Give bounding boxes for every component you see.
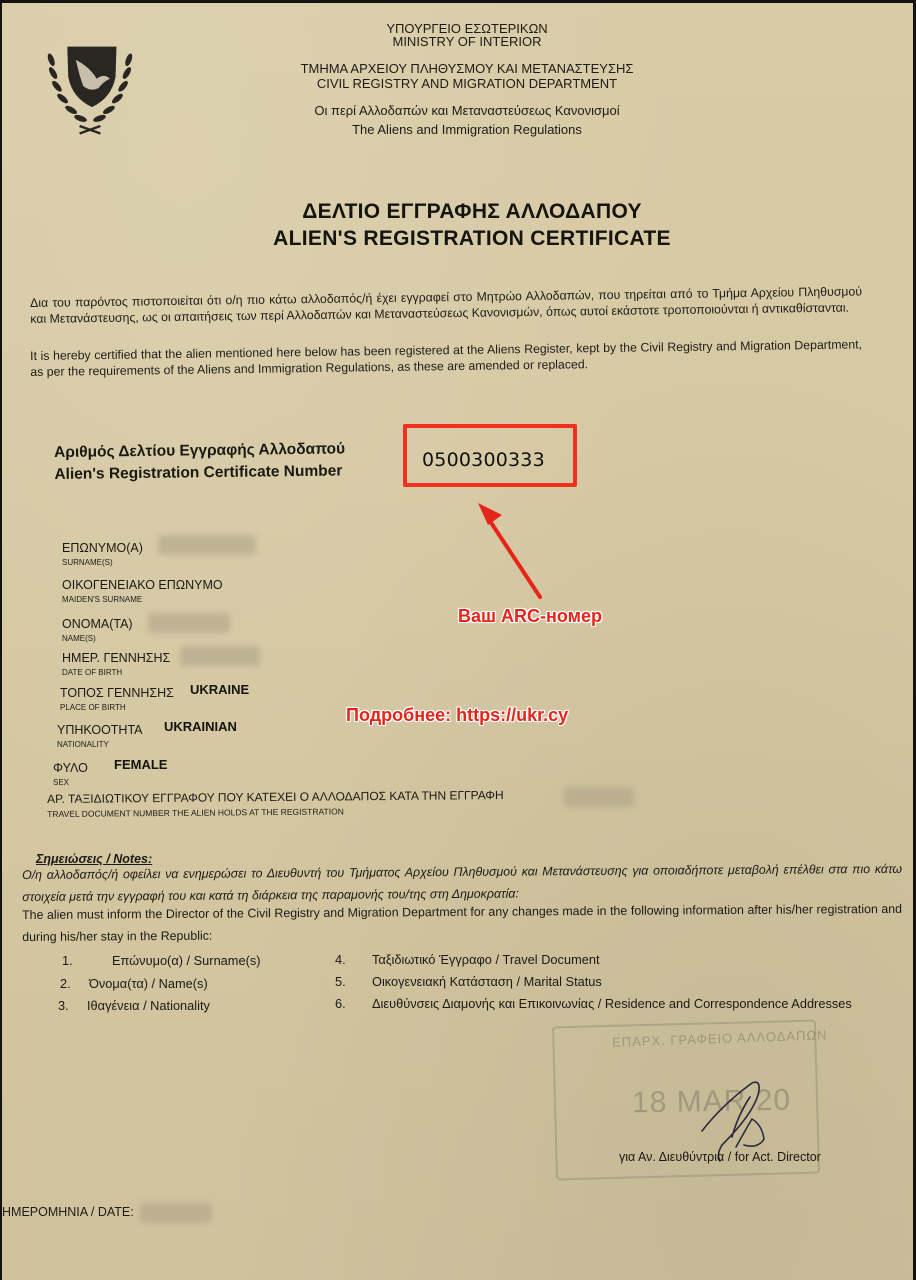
list-item-number: 6.: [335, 996, 346, 1011]
field-label-english: SEX: [53, 778, 88, 787]
more-info-link[interactable]: Подробнее: https://ukr.cy: [346, 705, 568, 726]
field-label-english: MAIDEN'S SURNAME: [62, 595, 223, 604]
certificate-number-label-english: Alien's Registration Certificate Number: [54, 460, 345, 486]
date-label: ΗΜΕΡΟΜΗΝΙΑ / DATE:: [2, 1205, 134, 1219]
certification-text-greek: Δια του παρόντος πιστοποιείται ότι ο/η π…: [30, 284, 862, 327]
field-label-english: PLACE OF BIRTH: [60, 703, 174, 712]
field-label-english: TRAVEL DOCUMENT NUMBER THE ALIEN HOLDS A…: [47, 805, 504, 819]
list-item-text: Ταξιδιωτικό Έγγραφο / Travel Document: [372, 952, 600, 967]
field-names: ΟΝΟΜΑ(ΤΑ) NAME(S): [62, 615, 133, 643]
department-english: CIVIL REGISTRY AND MIGRATION DEPARTMENT: [252, 76, 682, 91]
field-label-greek: ΦΥΛΟ: [53, 761, 88, 775]
field-label-greek: ΥΠΗΚΟΟΤΗΤΑ: [57, 723, 143, 737]
field-nationality: ΥΠΗΚΟΟΤΗΤΑ NATIONALITY: [57, 721, 143, 749]
sex-value: FEMALE: [114, 757, 167, 772]
field-label-greek: ΟΙΚΟΓΕΝΕΙΑΚΟ ΕΠΩΝΥΜΟ: [62, 578, 223, 592]
field-label-greek: ΕΠΩΝΥΜΟ(Α): [62, 541, 143, 555]
field-label-english: NATIONALITY: [57, 740, 143, 749]
document-title-greek: ΔΕΛΤΙΟ ΕΓΓΡΑΦΗΣ ΑΛΛΟΔΑΠΟΥ: [202, 200, 742, 224]
field-label-english: SURNAME(S): [62, 558, 143, 567]
field-label-greek: ΟΝΟΜΑ(ΤΑ): [62, 617, 133, 631]
list-item-number: 1.: [62, 953, 73, 968]
field-label-english: DATE OF BIRTH: [62, 668, 170, 677]
certificate-number-value: 0500300333: [422, 449, 545, 471]
list-item-text: Επώνυμο(α) / Surname(s): [112, 953, 261, 968]
regulations-english: The Aliens and Immigration Regulations: [252, 122, 682, 137]
list-item-text: Οικογενειακή Κατάσταση / Marital Status: [372, 974, 602, 989]
field-travel-document: ΑΡ. ΤΑΞΙΔΙΩΤΙΚΟΥ ΕΓΓΡΑΦΟΥ ΠΟΥ ΚΑΤΕΧΕΙ Ο …: [47, 786, 504, 819]
list-item-number: 2.: [60, 976, 71, 991]
redacted-surname: [158, 535, 256, 555]
arc-number-annotation: Ваш ARC-номер: [458, 606, 602, 627]
certificate-number-label: Αριθμός Δελτίου Εγγραφής Αλλοδαπού Alien…: [54, 438, 345, 486]
notes-text-english: The alien must inform the Director of th…: [22, 898, 902, 948]
list-item-number: 3.: [58, 998, 69, 1013]
department-greek: ΤΜΗΜΑ ΑΡΧΕΙΟΥ ΠΛΗΘΥΣΜΟΥ ΚΑΙ ΜΕΤΑΝΑΣΤΕΥΣΗ…: [252, 61, 682, 76]
list-item-number: 4.: [335, 952, 346, 967]
certification-text-english: It is hereby certified that the alien me…: [30, 337, 862, 380]
place-of-birth-value: UKRAINE: [190, 682, 249, 697]
regulations-greek: Οι περί Αλλοδαπών και Μεταναστεύσεως Καν…: [252, 103, 682, 118]
signatory-title: για Αν. Διευθύντρια / for Act. Director: [619, 1150, 821, 1164]
redacted-date-of-birth: [180, 646, 260, 666]
list-item-text: Διευθύνσεις Διαμονής και Επικοινωνίας / …: [372, 996, 852, 1011]
cyprus-coat-of-arms-icon: [38, 39, 142, 143]
field-label-greek: ΑΡ. ΤΑΞΙΔΙΩΤΙΚΟΥ ΕΓΓΡΑΦΟΥ ΠΟΥ ΚΑΤΕΧΕΙ Ο …: [47, 788, 504, 806]
redacted-names: [148, 613, 230, 633]
field-surname: ΕΠΩΝΥΜΟ(Α) SURNAME(S): [62, 539, 143, 567]
field-maiden-surname: ΟΙΚΟΓΕΝΕΙΑΚΟ ΕΠΩΝΥΜΟ MAIDEN'S SURNAME: [62, 576, 223, 604]
redacted-date: [140, 1203, 212, 1223]
list-item-text: Ιθαγένεια / Nationality: [87, 998, 210, 1013]
list-item-text: Όνομα(τα) / Name(s): [89, 976, 208, 991]
field-place-of-birth: ΤΟΠΟΣ ΓΕΝΝΗΣΗΣ PLACE OF BIRTH: [60, 684, 174, 712]
field-label-greek: ΗΜΕΡ. ΓΕΝΝΗΣΗΣ: [62, 651, 170, 665]
list-item-number: 5.: [335, 974, 346, 989]
field-sex: ΦΥΛΟ SEX: [53, 759, 88, 787]
ministry-english: MINISTRY OF INTERIOR: [252, 34, 682, 49]
arrow-up-icon: [462, 493, 562, 603]
certificate-document: ΥΠΟΥΡΓΕΙΟ ΕΣΩΤΕΡΙΚΩΝ MINISTRY OF INTERIO…: [2, 3, 913, 1280]
document-title-english: ALIEN'S REGISTRATION CERTIFICATE: [202, 227, 742, 251]
field-label-greek: ΤΟΠΟΣ ΓΕΝΝΗΣΗΣ: [60, 686, 174, 700]
nationality-value: UKRAINIAN: [164, 719, 237, 734]
redacted-travel-document: [564, 787, 634, 807]
field-label-english: NAME(S): [62, 634, 133, 643]
field-date-of-birth: ΗΜΕΡ. ΓΕΝΝΗΣΗΣ DATE OF BIRTH: [62, 649, 170, 677]
